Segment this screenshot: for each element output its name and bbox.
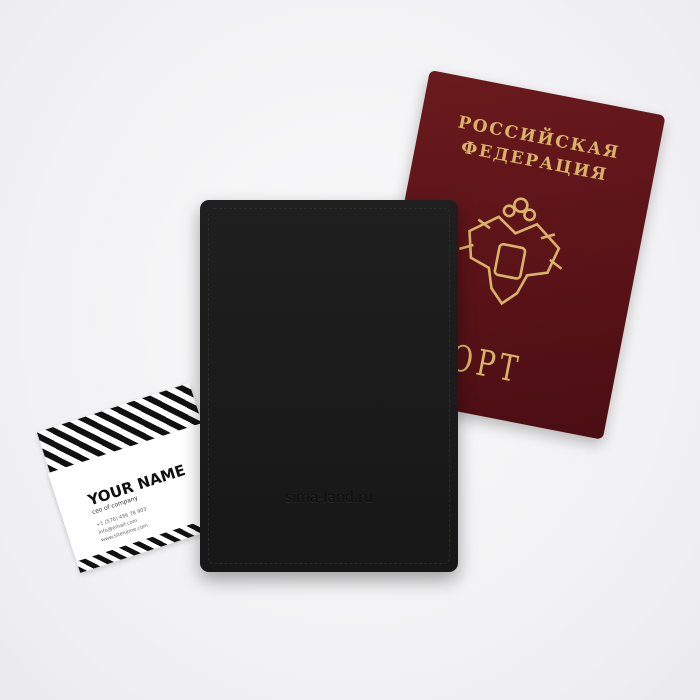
card-name: YOUR NAME <box>86 461 188 509</box>
passport-title: РОССИЙСКАЯ ФЕДЕРАЦИЯ <box>414 103 659 196</box>
passport-cover: sima-land.ru <box>200 200 458 572</box>
cover-stitching <box>208 208 450 564</box>
cover-logo: sima-land.ru <box>200 490 458 506</box>
